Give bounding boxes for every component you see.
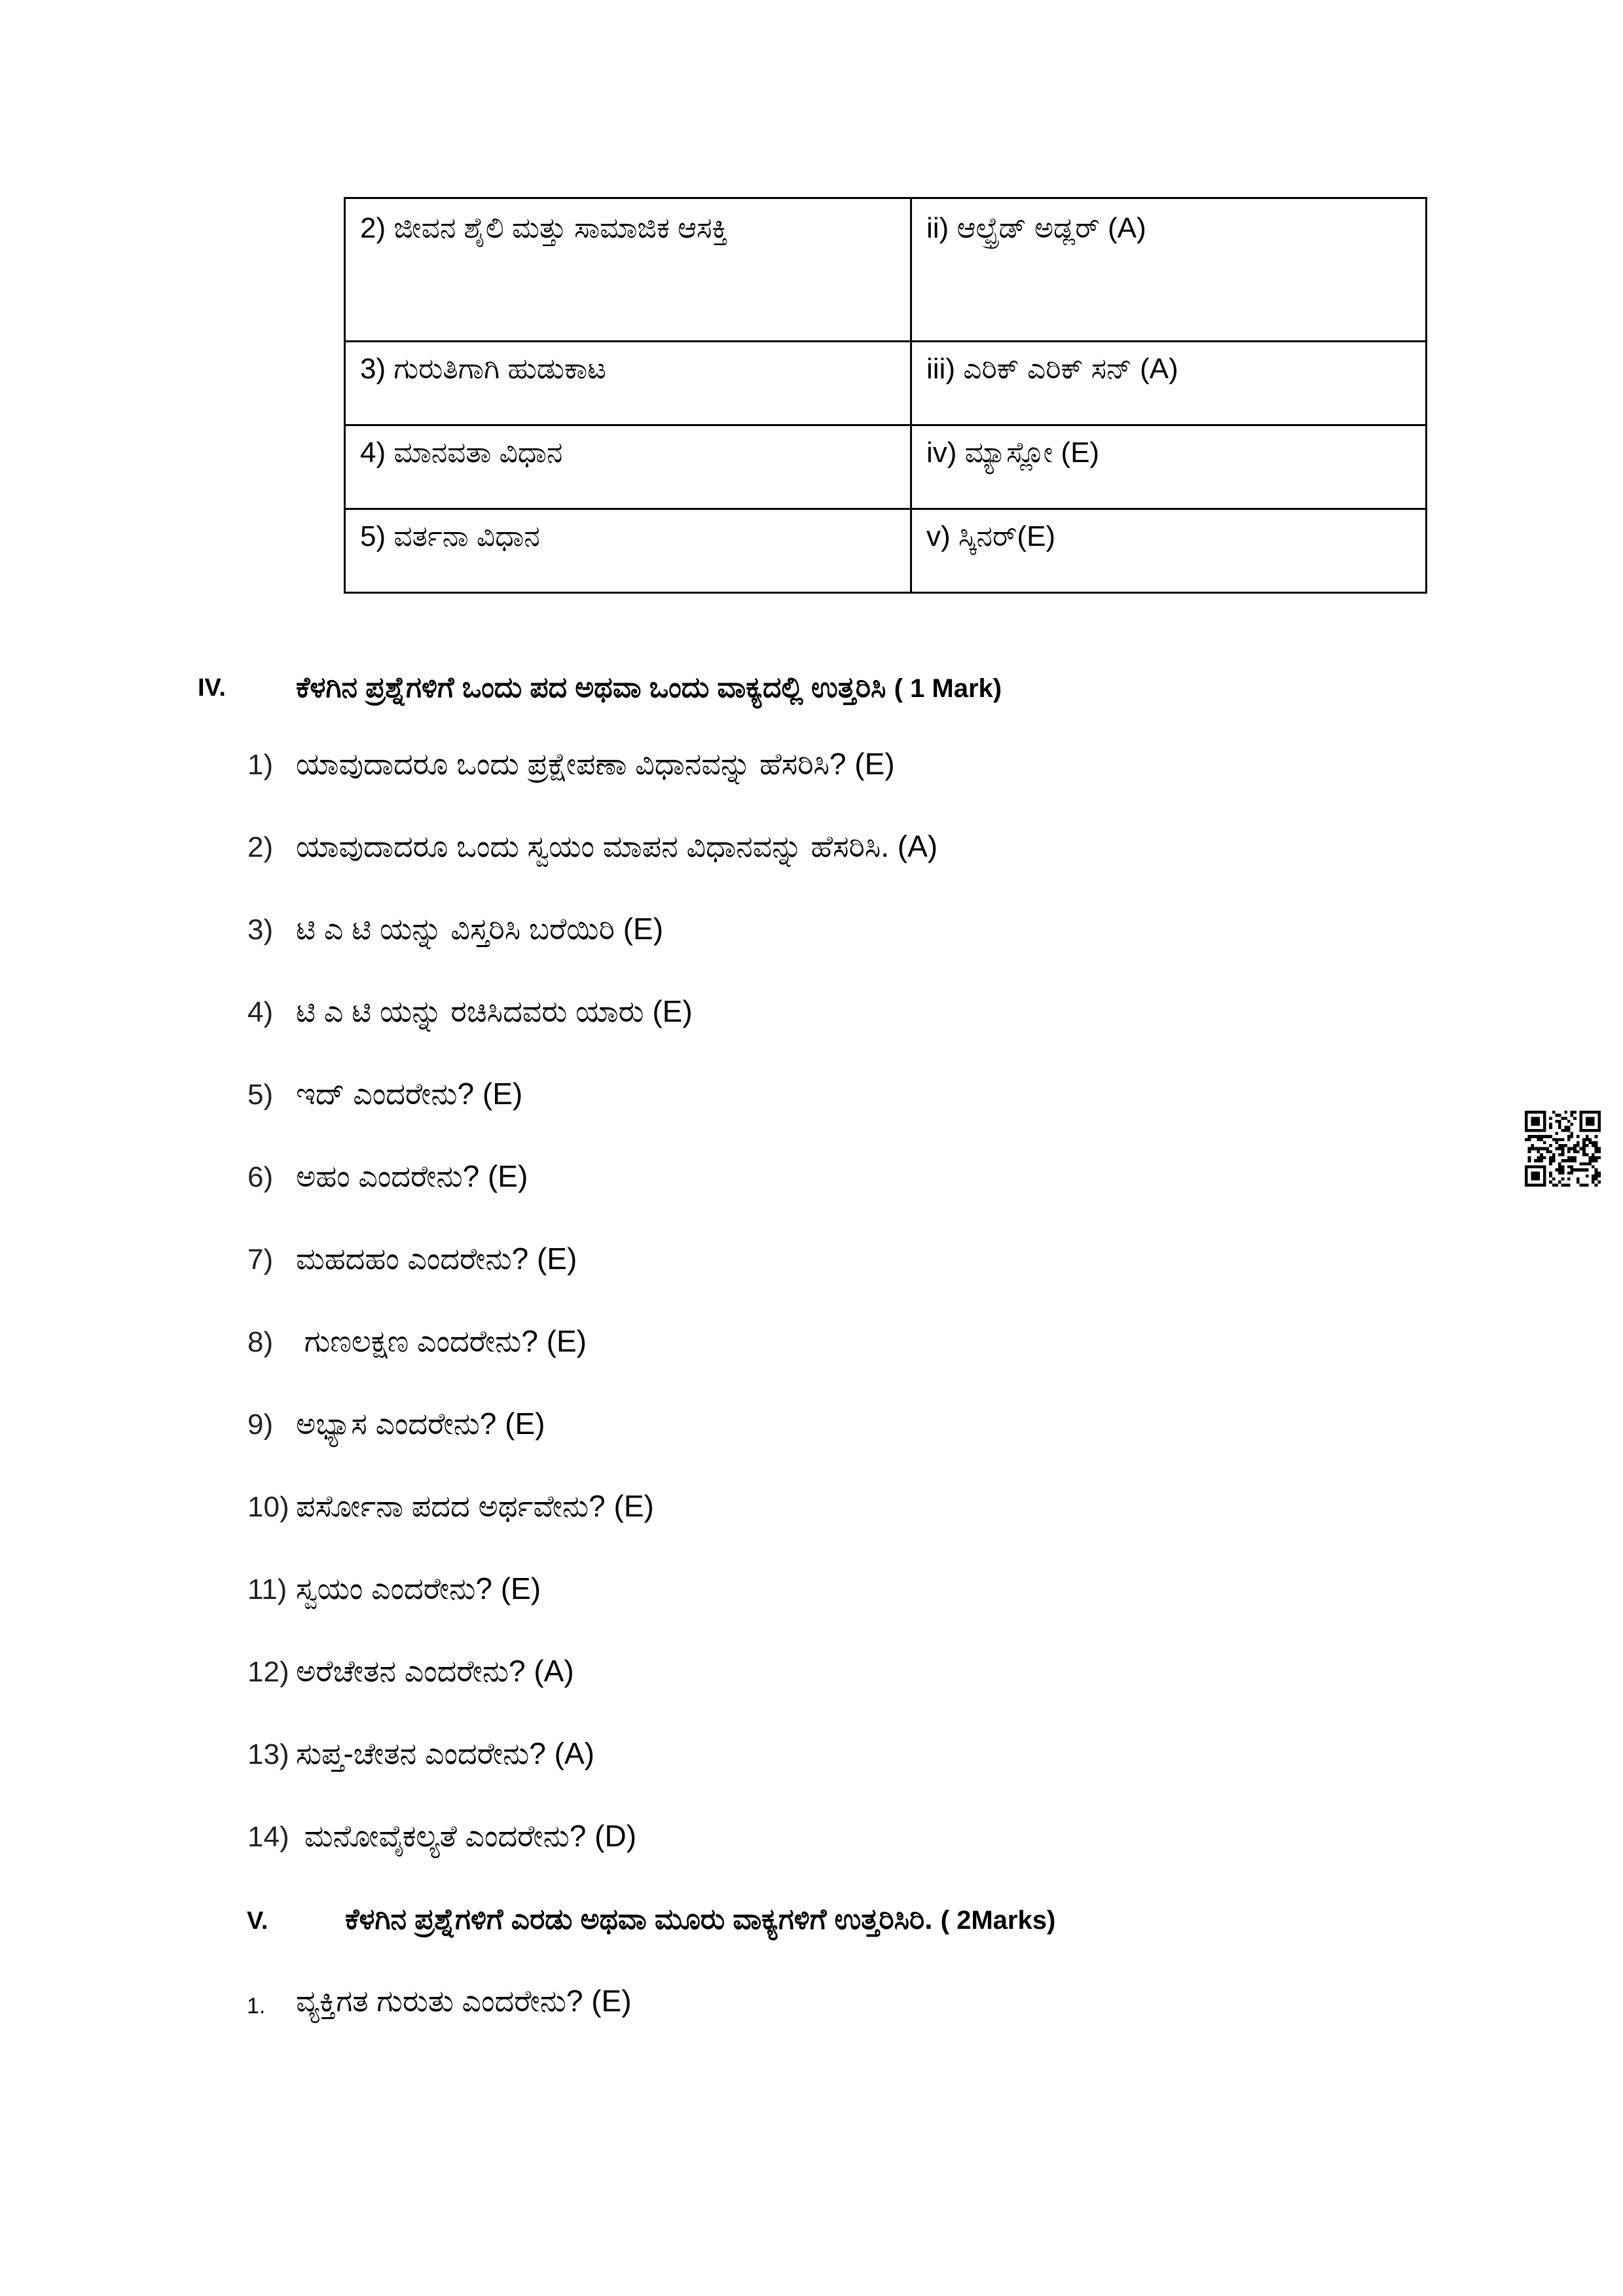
section-numeral: V.	[247, 1907, 268, 1935]
table-cell-left: 4) ಮಾನವತಾ ವಿಧಾನ	[345, 425, 911, 509]
question-number: 6)	[247, 1161, 273, 1194]
table-row: 2) ಜೀವನ ಶೈಲಿ ಮತ್ತು ಸಾಮಾಜಿಕ ಆಸಕ್ತಿ ii) ಆಲ…	[345, 198, 1427, 342]
table-cell-right: iii) ಎರಿಕ್ ಎರಿಕ್ ಸನ್ (A)	[911, 342, 1427, 425]
question-text: ಅರೆಚೇತನ ಎಂದರೇನು? (A)	[296, 1653, 574, 1690]
question-number: 9)	[247, 1408, 273, 1441]
table-cell-right: v) ಸ್ಕಿನರ್(E)	[911, 509, 1427, 593]
section-marks: ( 1 Mark)	[894, 674, 1002, 703]
section-title-text: ಕೆಳಗಿನ ಪ್ರಶ್ನೆಗಳಿಗೆ ಒಂದು ಪದ ಅಥವಾ ಒಂದು ವಾ…	[296, 672, 886, 704]
question-number: 5)	[247, 1079, 273, 1111]
question-text: ಟಿ ಎ ಟಿ ಯನ್ನು ವಿಸ್ತರಿಸಿ ಬರೆಯಿರಿ (E)	[296, 911, 663, 948]
qr-code-icon	[1525, 1111, 1601, 1187]
table-cell-left: 2) ಜೀವನ ಶೈಲಿ ಮತ್ತು ಸಾಮಾಜಿಕ ಆಸಕ್ತಿ	[345, 198, 911, 342]
section-title-text: ಕೆಳಗಿನ ಪ್ರಶ್ನೆಗಳಿಗೆ ಎರಡು ಅಥವಾ ಮೂರು ವಾಕ್ಯ…	[345, 1903, 932, 1935]
question-number: 3)	[247, 914, 273, 946]
question-text: ಇದ್ ಎಂದರೇನು? (E)	[296, 1076, 522, 1113]
question-text: ಮಹದಹಂ ಎಂದರೇನು? (E)	[296, 1241, 577, 1278]
question-text: ಮನೋವೈಕಲ್ಯತೆ ಎಂದರೇನು? (D)	[296, 1818, 636, 1855]
question-number: 12)	[247, 1656, 289, 1689]
table-row: 3) ಗುರುತಿಗಾಗಿ ಹುಡುಕಾಟ iii) ಎರಿಕ್ ಎರಿಕ್ ಸ…	[345, 342, 1427, 425]
question-text: ಅಹಂ ಎಂದರೇನು? (E)	[296, 1158, 528, 1195]
question-number: 1)	[247, 749, 273, 781]
section-marks: ( 2Marks)	[941, 1906, 1056, 1935]
table-cell-left: 5) ವರ್ತನಾ ವಿಧಾನ	[345, 509, 911, 593]
section-title: ಕೆಳಗಿನ ಪ್ರಶ್ನೆಗಳಿಗೆ ಒಂದು ಪದ ಅಥವಾ ಒಂದು ವಾ…	[296, 672, 1002, 704]
question-number: 13)	[247, 1738, 289, 1771]
table-cell-right: iv) ಮ್ಯಾಸ್ಲೋ (E)	[911, 425, 1427, 509]
question-text: ವ್ಯಕ್ತಿಗತ ಗುರುತು ಎಂದರೇನು? (E)	[296, 1983, 632, 2020]
question-text: ಪರ್ಸೋನಾ ಪದದ ಅರ್ಥವೇನು? (E)	[296, 1488, 654, 1525]
question-number: 8)	[247, 1326, 273, 1359]
question-number: 11)	[247, 1573, 287, 1606]
question-number: 14)	[247, 1821, 289, 1854]
question-text: ಅಭ್ಯಾಸ ಎಂದರೇನು? (E)	[296, 1406, 545, 1443]
table-cell-left: 3) ಗುರುತಿಗಾಗಿ ಹುಡುಕಾಟ	[345, 342, 911, 425]
question-text: ಸ್ವಯಂ ಎಂದರೇನು? (E)	[296, 1571, 541, 1607]
section-title: ಕೆಳಗಿನ ಪ್ರಶ್ನೆಗಳಿಗೆ ಎರಡು ಅಥವಾ ಮೂರು ವಾಕ್ಯ…	[345, 1903, 1055, 1936]
question-number: 4)	[247, 996, 273, 1029]
table-row: 5) ವರ್ತನಾ ವಿಧಾನ v) ಸ್ಕಿನರ್(E)	[345, 509, 1427, 593]
table-row: 4) ಮಾನವತಾ ವಿಧಾನ iv) ಮ್ಯಾಸ್ಲೋ (E)	[345, 425, 1427, 509]
question-text: ಯಾವುದಾದರೂ ಒಂದು ಸ್ವಯಂ ಮಾಪನ ವಿಧಾನವನ್ನು ಹೆಸ…	[296, 829, 938, 865]
question-text: ಟಿ ಎ ಟಿ ಯನ್ನು ರಚಿಸಿದವರು ಯಾರು (E)	[296, 994, 693, 1030]
question-text: ಗುಣಲಕ್ಷಣ ಎಂದರೇನು? (E)	[296, 1323, 587, 1360]
question-number: 1.	[247, 1994, 265, 2019]
question-text: ಸುಪ್ತ-ಚೇತನ ಎಂದರೇನು? (A)	[296, 1736, 594, 1772]
table-cell-right: ii) ಆಲ್ಫ್ರೆಡ್ ಅಡ್ಲರ್ (A)	[911, 198, 1427, 342]
question-text: ಯಾವುದಾದರೂ ಒಂದು ಪ್ರಕ್ಷೇಪಣಾ ವಿಧಾನವನ್ನು ಹೆಸ…	[296, 746, 895, 783]
section-numeral: IV.	[198, 674, 226, 702]
match-table: 2) ಜೀವನ ಶೈಲಿ ಮತ್ತು ಸಾಮಾಜಿಕ ಆಸಕ್ತಿ ii) ಆಲ…	[344, 197, 1427, 594]
question-number: 2)	[247, 831, 273, 864]
question-number: 7)	[247, 1244, 273, 1276]
question-number: 10)	[247, 1491, 289, 1524]
